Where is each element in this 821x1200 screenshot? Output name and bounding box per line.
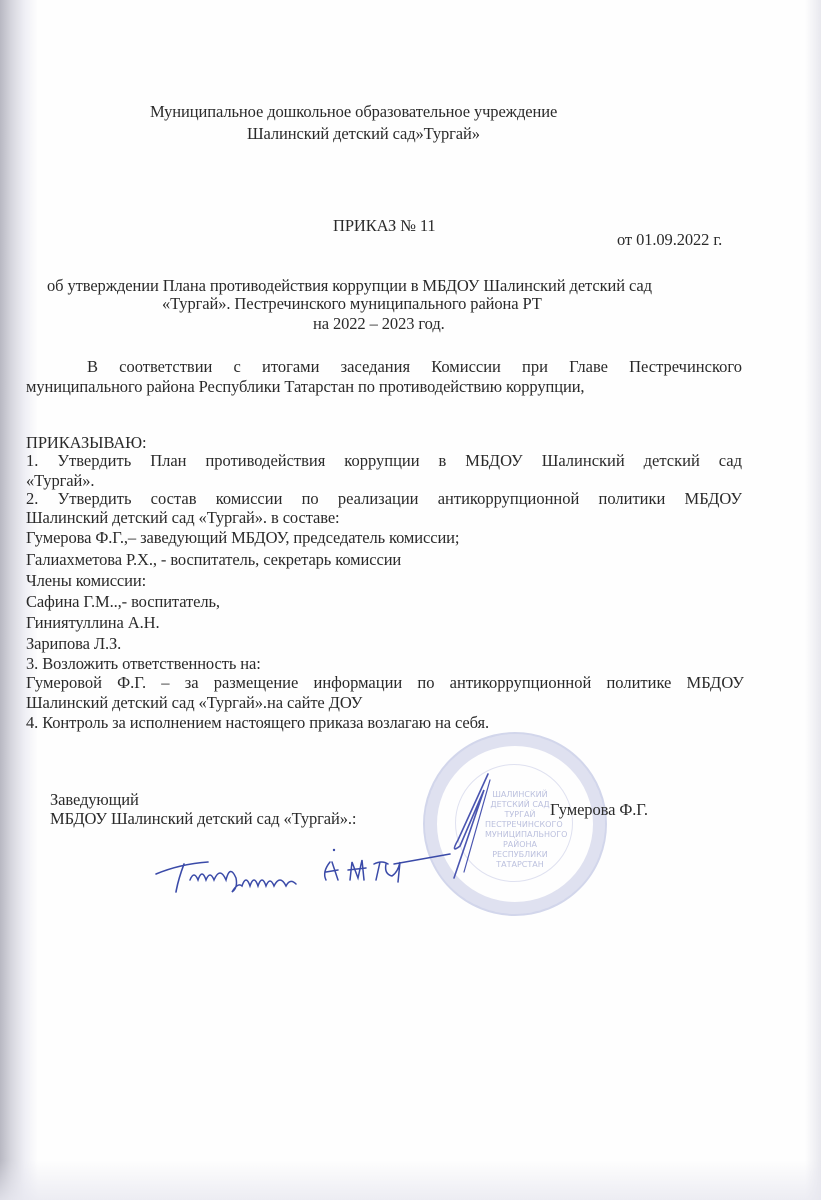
item-2-line-2: Шалинский детский сад «Тургай». в состав… — [26, 508, 340, 528]
document-page: Муниципальное дошкольное образовательное… — [0, 0, 821, 1200]
signatory-name: Гумерова Ф.Г. — [550, 800, 648, 820]
member-2: Гиниятуллина А.Н. — [26, 613, 159, 633]
item-3-line-3: Шалинский детский сад «Тургай».на сайте … — [26, 693, 362, 713]
acknowledgement-signature-icon — [150, 840, 470, 910]
member-1: Сафина Г.М..,- воспитатель, — [26, 592, 220, 612]
institution-subname: Шалинский детский сад»Тургай» — [247, 124, 480, 144]
member-chair: Гумерова Ф.Г.,– заведующий МБДОУ, предсе… — [26, 528, 459, 548]
order-directive: ПРИКАЗЫВАЮ: — [26, 433, 147, 453]
subject-line-1: об утверждении Плана противодействия кор… — [47, 276, 652, 296]
scan-edge-shadow-bottom — [0, 1160, 821, 1200]
subject-line-2: «Тургай». Пестречинского муниципального … — [162, 294, 542, 314]
signatory-position: Заведующий — [50, 790, 139, 810]
item-4: 4. Контроль за исполнением настоящего пр… — [26, 713, 489, 733]
preamble-line-1: В соответствии с итогами заседания Комис… — [87, 357, 742, 377]
preamble-line-2: муниципального района Республики Татарст… — [26, 377, 584, 397]
member-3: Зарипова Л.З. — [26, 634, 121, 654]
scan-edge-shadow-right — [805, 0, 821, 1200]
institution-name: Муниципальное дошкольное образовательное… — [150, 102, 557, 122]
item-1-line-1: 1. Утвердить План противодействия корруп… — [26, 451, 742, 471]
item-2-line-1: 2. Утвердить состав комиссии по реализац… — [26, 489, 742, 509]
members-label: Члены комиссии: — [26, 571, 146, 591]
order-title: ПРИКАЗ № 11 — [333, 216, 436, 236]
item-1-line-2: «Тургай». — [26, 471, 94, 491]
member-secretary: Галиахметова Р.Х., - воспитатель, секрет… — [26, 550, 401, 570]
item-3-line-2: Гумеровой Ф.Г. – за размещение информаци… — [26, 673, 744, 693]
signatory-institution: МБДОУ Шалинский детский сад «Тургай».: — [50, 809, 356, 829]
order-date: от 01.09.2022 г. — [617, 230, 722, 250]
subject-line-3: на 2022 – 2023 год. — [313, 314, 445, 334]
item-3-line-1: 3. Возложить ответственность на: — [26, 654, 261, 674]
